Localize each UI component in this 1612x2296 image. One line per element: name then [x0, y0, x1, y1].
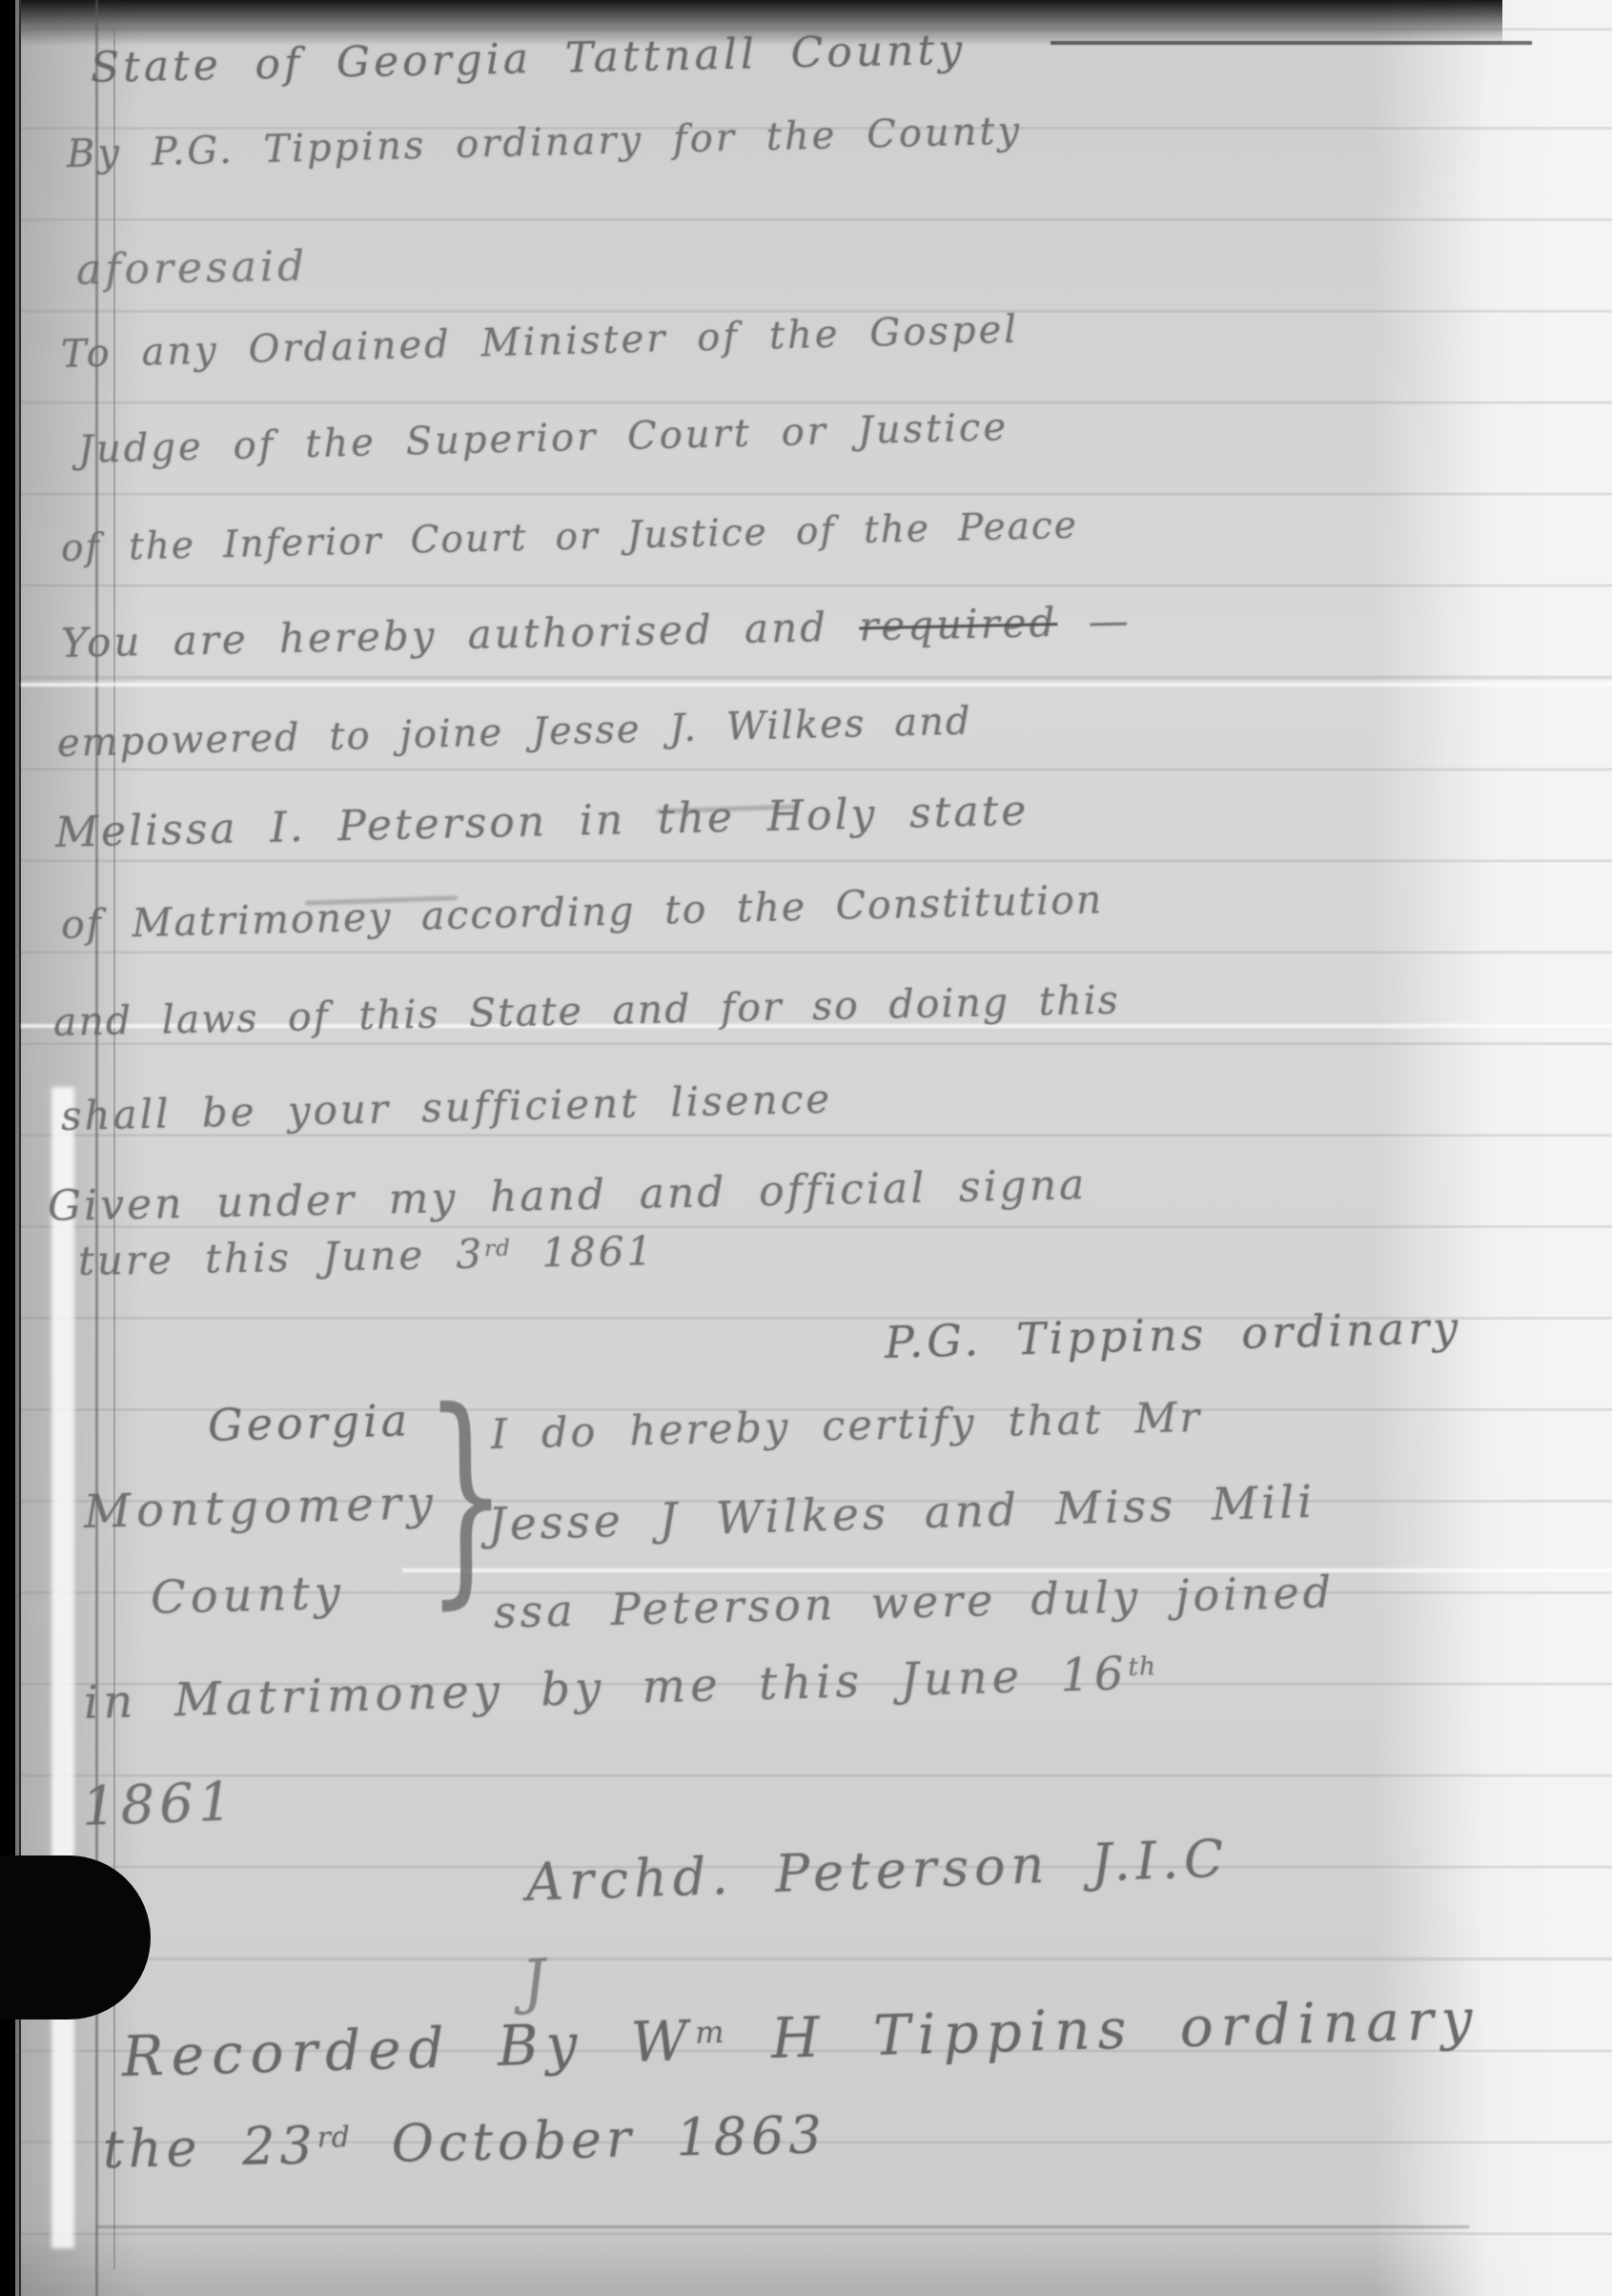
- scanned-document: State of Georgia Tattnall County By P.G.…: [0, 0, 1612, 2296]
- recorded-date-text: the 23: [102, 2115, 317, 2180]
- date-ordinal-suffix: rd: [484, 1236, 511, 1261]
- scan-top-edge-line: [1051, 41, 1532, 45]
- scan-crease-line-3: [402, 1568, 1612, 1572]
- stray-pen-mark: J: [520, 1951, 548, 2012]
- authorised-dash: —: [1088, 597, 1132, 645]
- block-county-montgomery: Montgomery: [83, 1480, 439, 1535]
- line-aforesaid: aforesaid: [76, 246, 309, 292]
- line-year: 1861: [81, 1775, 237, 1835]
- scan-glare-strip: [51, 1087, 74, 2248]
- block-county-word: County: [150, 1570, 345, 1621]
- scan-crease-line-1: [21, 683, 1612, 687]
- line-recorded-date: the 23rd October 1863: [102, 2109, 826, 2176]
- recorded-date-suffix: rd: [316, 2121, 351, 2155]
- recorded-date-month-year: October 1863: [391, 2104, 826, 2174]
- page-bottom-edge: [97, 2225, 1469, 2228]
- date-text: ture this June 3: [78, 1231, 485, 1284]
- joined-ordinal-suffix: th: [1128, 1651, 1156, 1682]
- struck-word: required: [859, 599, 1058, 649]
- line-license-date: ture this June 3rd 1861: [78, 1231, 656, 1281]
- block-state-georgia: Georgia: [207, 1398, 411, 1447]
- date-year: 1861: [541, 1227, 656, 1276]
- recorded-wm-suffix: m: [695, 2014, 725, 2051]
